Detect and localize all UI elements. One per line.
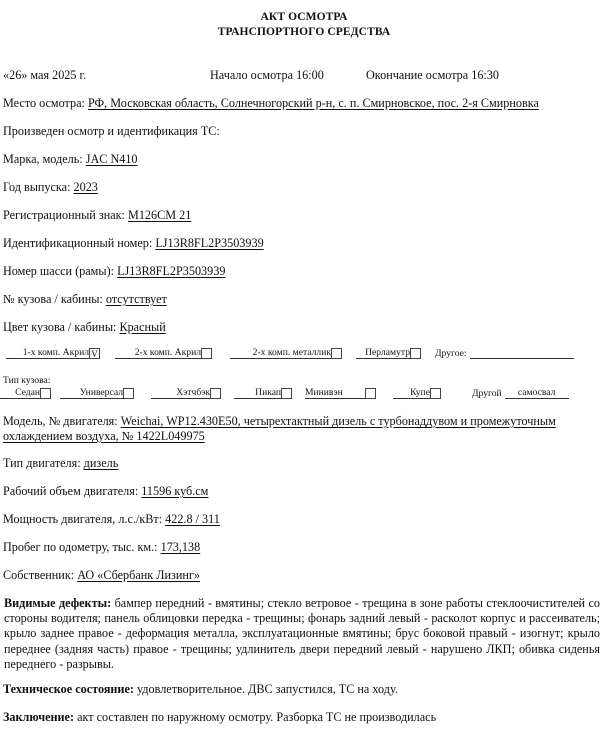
conclusion-label: Заключение:	[3, 710, 74, 724]
paint-option-label: Перламутр	[356, 347, 410, 359]
field-label: Рабочий объем двигателя:	[3, 484, 138, 498]
technical-condition: Техническое состояние: удовлетворительно…	[3, 682, 398, 697]
location-value: РФ, Московская область, Солнечногорский …	[88, 96, 539, 110]
body-type-label: Тип кузова:	[3, 375, 50, 386]
field-make-model: Марка, модель: JAC N410	[3, 152, 138, 167]
location-label: Место осмотра:	[3, 96, 85, 110]
field-label: Собственник:	[3, 568, 74, 582]
field-engine-type: Тип двигателя: дизель	[3, 456, 118, 471]
field-label: Регистрационный знак:	[3, 208, 125, 222]
field-label: Марка, модель:	[3, 152, 83, 166]
field-value: 2023	[74, 180, 98, 194]
body-option-other: Другойсамосвал	[472, 387, 569, 399]
paint-option-label: 2-х комп. Акрил	[115, 347, 201, 359]
body-option-coupe: Купе	[393, 387, 441, 399]
paint-option-label: 2-х комп. металлик	[230, 347, 331, 359]
paint-option-pearl: Перламутр	[356, 347, 421, 359]
paint-other-input[interactable]	[470, 347, 574, 359]
field-value: Красный	[119, 320, 165, 334]
field-value: М126СМ 21	[128, 208, 191, 222]
engine-model: Модель, № двигателя: Weichai, WP12.430E5…	[3, 414, 556, 429]
condition-text: удовлетворительное. ДВС запустился, ТС н…	[137, 682, 398, 696]
field-chassis-number: Номер шасси (рамы): LJ13R8FL2P3503939	[3, 264, 225, 279]
field-value: 422.8 / 311	[165, 512, 220, 526]
field-body-color: Цвет кузова / кабины: Красный	[3, 320, 166, 335]
paint-option-2k-acrylic: 2-х комп. Акрил	[115, 347, 212, 359]
field-value: отсутствует	[106, 292, 167, 306]
paint-checkbox-2k-metallic[interactable]	[331, 348, 342, 359]
paint-other-label: Другое:	[435, 348, 467, 359]
paint-option-label: 1-х комп. Акрил	[6, 347, 89, 359]
field-body-number: № кузова / кабины: отсутствует	[3, 292, 167, 307]
field-value: LJ13R8FL2P3503939	[117, 264, 225, 278]
body-option-label: Универсал	[60, 387, 123, 399]
paint-checkbox-1k-acrylic[interactable]: V	[89, 348, 100, 359]
body-option-hatchback: Хэтчбэк	[151, 387, 221, 399]
document-title-line1: АКТ ОСМОТРА	[0, 11, 608, 23]
field-year: Год выпуска: 2023	[3, 180, 98, 195]
field-registration-plate: Регистрационный знак: М126СМ 21	[3, 208, 191, 223]
inspection-start-time: Начало осмотра 16:00	[210, 68, 324, 83]
body-other-label: Другой	[472, 388, 502, 399]
engine-model-label: Модель, № двигателя:	[3, 414, 118, 428]
inspection-date: «26» мая 2025 г.	[3, 68, 86, 83]
field-label: Номер шасси (рамы):	[3, 264, 114, 278]
field-label: Мощность двигателя, л.с./кВт:	[3, 512, 162, 526]
field-value: дизель	[84, 456, 119, 470]
body-option-pickup: Пикап	[234, 387, 292, 399]
condition-label: Техническое состояние:	[3, 682, 134, 696]
field-label: Тип двигателя:	[3, 456, 81, 470]
field-owner: Собственник: АО «Сбербанк Лизинг»	[3, 568, 200, 583]
field-engine-power: Мощность двигателя, л.с./кВт: 422.8 / 31…	[3, 512, 220, 527]
engine-model-line2: охлаждением воздуха, № 1422L049975	[3, 429, 205, 444]
conclusion: Заключение: акт составлен по наружному о…	[3, 710, 436, 725]
paint-checkbox-2k-acrylic[interactable]	[201, 348, 212, 359]
body-option-wagon: Универсал	[60, 387, 134, 399]
body-checkbox-pickup[interactable]	[281, 388, 292, 399]
body-option-label: Минивэн	[305, 387, 365, 399]
body-option-label: Седан	[0, 387, 40, 399]
field-label: Цвет кузова / кабины:	[3, 320, 116, 334]
field-label: Идентификационный номер:	[3, 236, 152, 250]
body-option-sedan: Седан	[0, 387, 51, 399]
body-checkbox-coupe[interactable]	[430, 388, 441, 399]
inspection-end-time: Окончание осмотра 16:30	[366, 68, 499, 83]
field-value: 173,138	[161, 540, 201, 554]
document-title-line2: ТРАНСПОРТНОГО СРЕДСТВА	[0, 26, 608, 38]
body-option-label: Пикап	[234, 387, 281, 399]
field-value: АО «Сбербанк Лизинг»	[77, 568, 200, 582]
field-engine-displacement: Рабочий объем двигателя: 11596 куб.см	[3, 484, 208, 499]
paint-checkbox-pearl[interactable]	[410, 348, 421, 359]
inspection-location: Место осмотра: РФ, Московская область, С…	[3, 96, 539, 111]
field-label: № кузова / кабины:	[3, 292, 103, 306]
field-value: JAC N410	[86, 152, 138, 166]
paint-option-2k-metallic: 2-х комп. металлик	[230, 347, 342, 359]
visible-defects: Видимые дефекты: бампер передний - вмяти…	[4, 596, 600, 672]
body-checkbox-minivan[interactable]	[365, 388, 376, 399]
body-checkbox-sedan[interactable]	[40, 388, 51, 399]
field-value: 11596 куб.см	[141, 484, 208, 498]
field-label: Пробег по одометру, тыс. км.:	[3, 540, 158, 554]
field-value: LJ13R8FL2P3503939	[155, 236, 263, 250]
field-odometer: Пробег по одометру, тыс. км.: 173,138	[3, 540, 200, 555]
defects-label: Видимые дефекты:	[4, 596, 111, 610]
conclusion-text: акт составлен по наружному осмотру. Разб…	[77, 710, 436, 724]
body-option-label: Купе	[393, 387, 430, 399]
field-label: Год выпуска:	[3, 180, 70, 194]
intro-text: Произведен осмотр и идентификация ТС:	[3, 124, 220, 139]
body-checkbox-hatchback[interactable]	[210, 388, 221, 399]
body-option-minivan: Минивэн	[305, 387, 376, 399]
engine-model-value-line1: Weichai, WP12.430E50, четырехтактный диз…	[121, 414, 556, 428]
body-other-value[interactable]: самосвал	[505, 387, 569, 399]
paint-option-other: Другое:	[435, 347, 574, 359]
paint-option-1k-acrylic: 1-х комп. АкрилV	[6, 347, 100, 359]
body-checkbox-wagon[interactable]	[123, 388, 134, 399]
engine-model-value-line2: охлаждением воздуха, № 1422L049975	[3, 429, 205, 443]
field-vin: Идентификационный номер: LJ13R8FL2P35039…	[3, 236, 264, 251]
body-option-label: Хэтчбэк	[151, 387, 210, 399]
